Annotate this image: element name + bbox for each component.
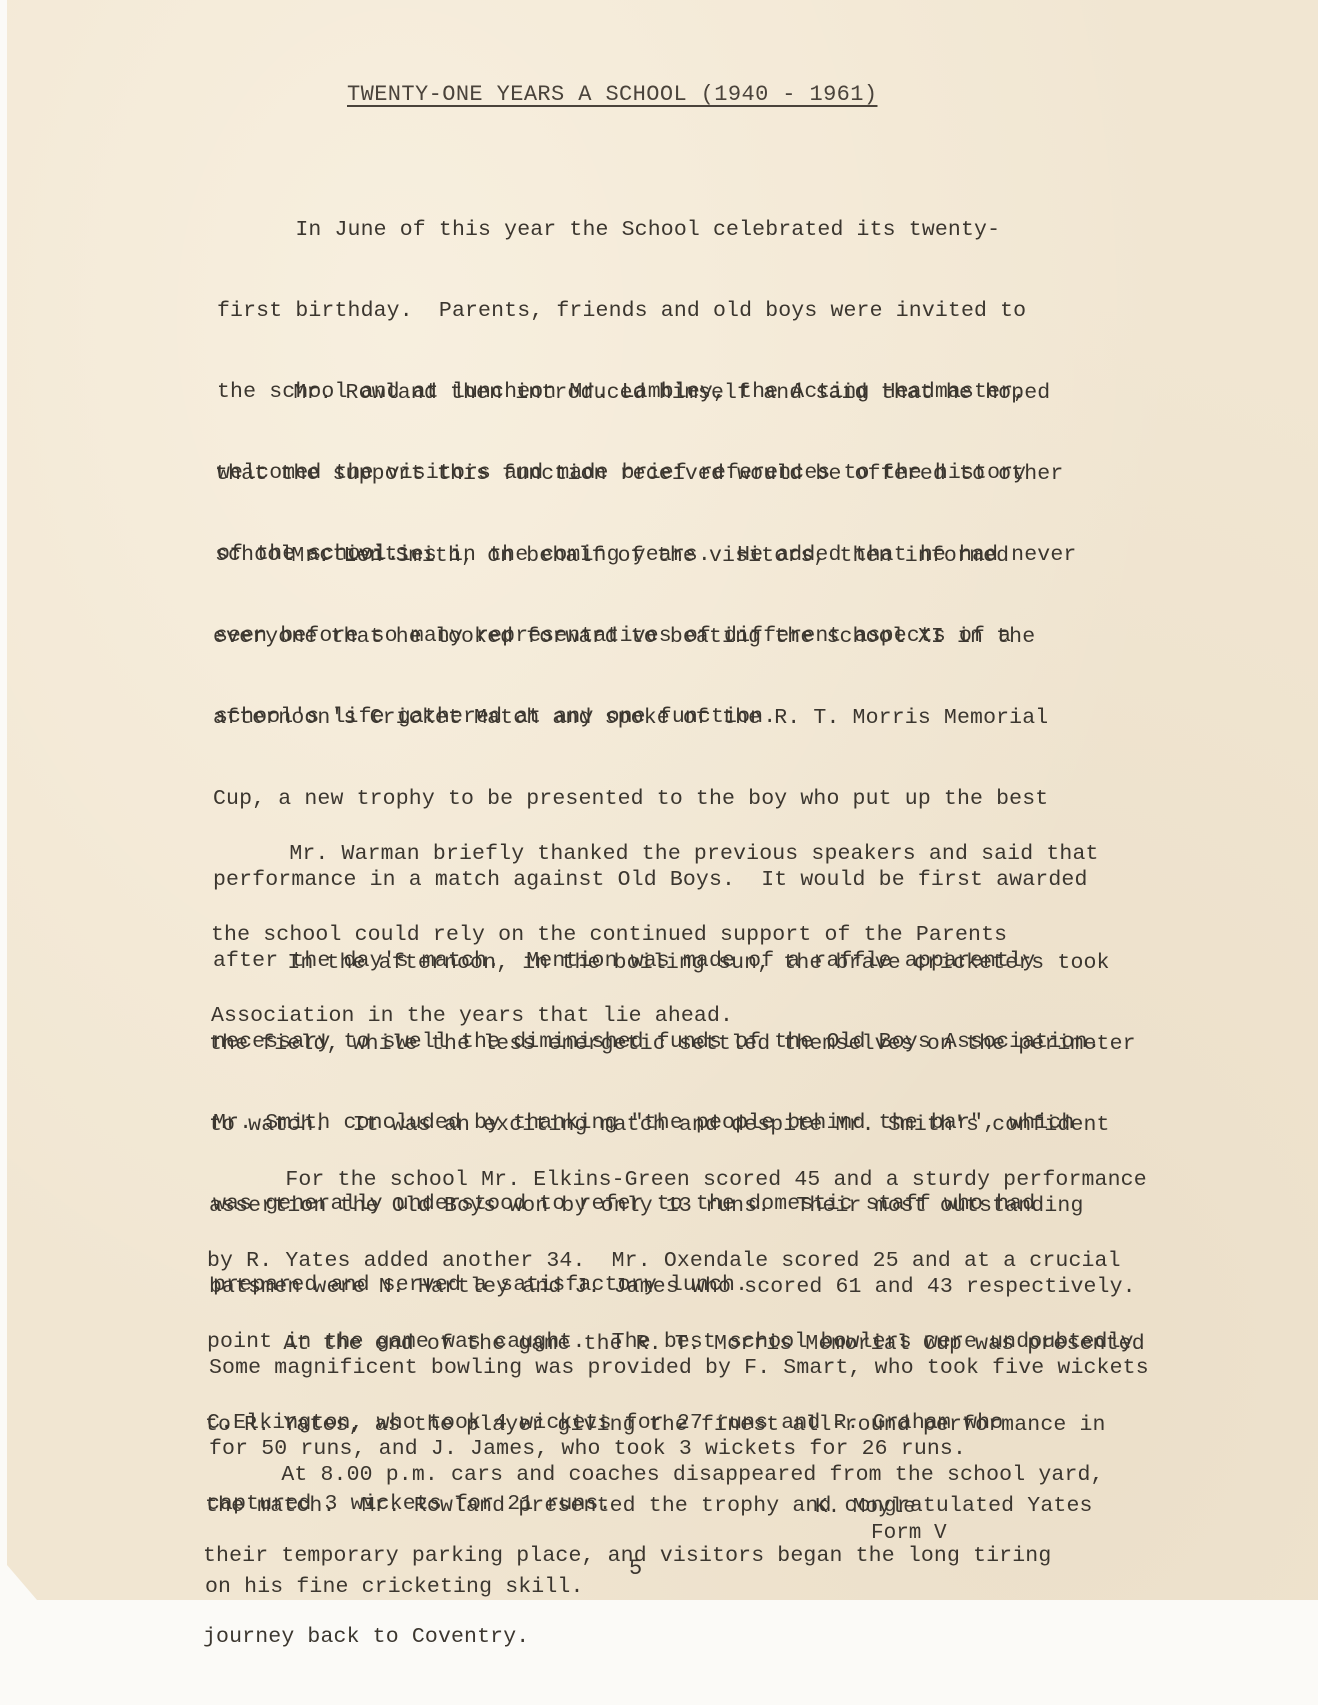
author-name: K. Moyle — [815, 1496, 916, 1519]
document-page: TWENTY-ONE YEARS A SCHOOL (1940 - 1961) … — [7, 0, 1318, 1600]
text-line: by R. Yates added another 34. Mr. Oxenda… — [207, 1248, 1147, 1275]
text-line: everyone that he looked forward to beati… — [213, 624, 1101, 651]
text-line: their temporary parking place, and visit… — [203, 1543, 1104, 1570]
text-line: In June of this year the School celebrat… — [217, 217, 1026, 244]
text-line: At the end of the game the R. T. Morris … — [205, 1331, 1145, 1358]
text-line: first birthday. Parents, friends and old… — [217, 298, 1026, 325]
page-number: 5 — [629, 1556, 642, 1581]
text-line: At 8.00 p.m. cars and coaches disappeare… — [203, 1462, 1104, 1489]
text-line: the field, while the less energetic sett… — [209, 1031, 1149, 1058]
folded-corner — [7, 1565, 37, 1600]
paragraph-8: At 8.00 p.m. cars and coaches disappeare… — [203, 1408, 1104, 1600]
text-line: Mr. Len Smith, on behalf of the visitors… — [213, 543, 1101, 570]
text-line: Mr. Rowland then introduced himself and … — [215, 380, 1076, 407]
text-line: In the afternoon, in the boiling sun, th… — [209, 950, 1149, 977]
text-line: Mr. Warman briefly thanked the previous … — [211, 841, 1099, 868]
author-form: Form V — [871, 1522, 947, 1545]
text-line: For the school Mr. Elkins-Green scored 4… — [207, 1167, 1147, 1194]
text-line: that the support this function received … — [215, 461, 1076, 488]
document-title: TWENTY-ONE YEARS A SCHOOL (1940 - 1961) — [347, 82, 877, 107]
text-line: afternoon's Cricket Match and spoke of t… — [213, 705, 1101, 732]
